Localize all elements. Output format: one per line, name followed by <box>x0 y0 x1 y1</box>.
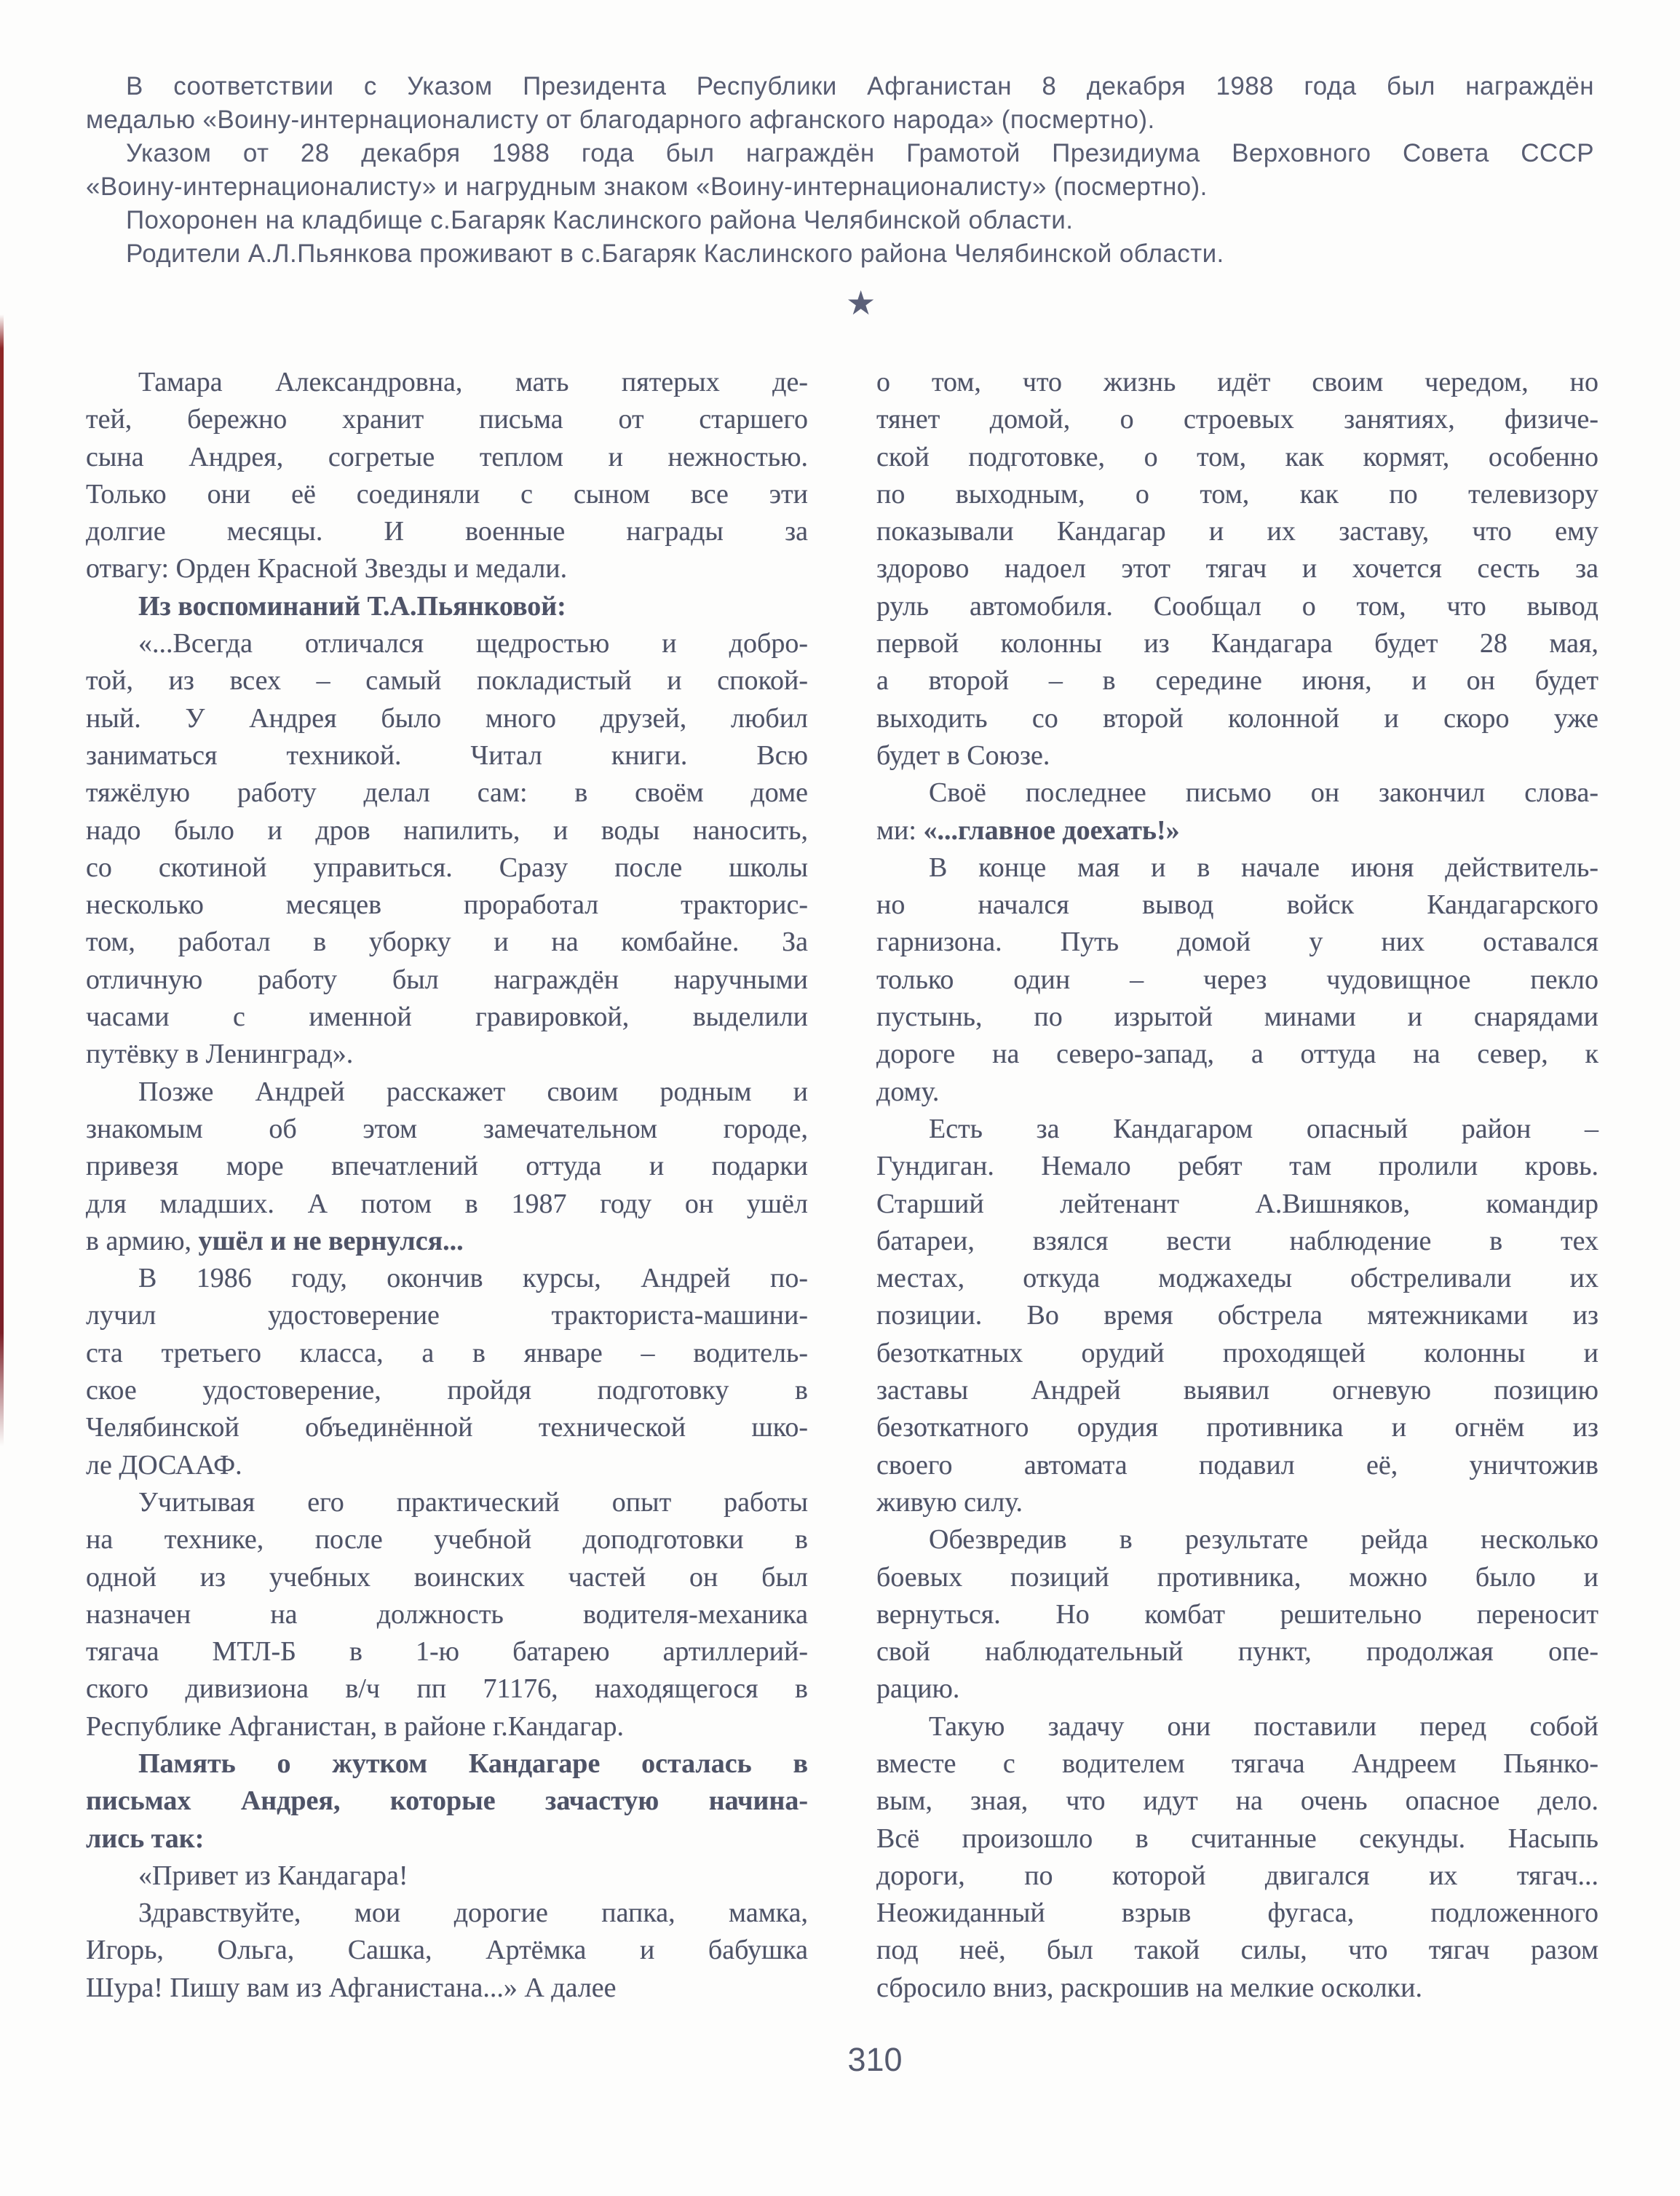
text: часами с именной гравировкой, выделили <box>86 1002 808 1032</box>
text-line: выходить со второй колонной и скоро уже <box>876 700 1598 737</box>
text-line: заниматься техникой. Читал книги. Всю <box>86 737 808 774</box>
text-line: «Привет из Кандагара! <box>86 1858 808 1895</box>
text-line: В соответствии с Указом Президента Респу… <box>86 70 1594 103</box>
text: Такую задачу они поставили перед собой <box>929 1711 1598 1742</box>
page-number: 310 <box>802 2041 948 2079</box>
scan-artifact-red-line <box>0 314 4 1446</box>
text: путёвку в Ленинград». <box>86 1039 353 1069</box>
text: местах, откуда моджахеды обстреливали их <box>876 1263 1598 1293</box>
text: своего автомата подавил её, уничтожив <box>876 1450 1598 1480</box>
text: свой наблюдательный пункт, продолжая опе… <box>876 1636 1598 1667</box>
text: но начался вывод войск Кандагарского <box>876 889 1598 920</box>
text: Учитывая его практический опыт работы <box>138 1487 808 1518</box>
text: Игорь, Ольга, Сашка, Артёмка и бабушка <box>86 1935 808 1965</box>
text-line: о том, что жизнь идёт своим чередом, но <box>876 364 1598 401</box>
bold-text: лись так: <box>86 1823 204 1854</box>
text-line: Своё последнее письмо он закончил слова- <box>876 774 1598 812</box>
text: Шура! Пишу вам из Афганистана...» А дале… <box>86 1973 617 2003</box>
text-line: Из воспоминаний Т.А.Пьянковой: <box>86 588 808 625</box>
header-block: В соответствии с Указом Президента Респу… <box>86 70 1594 271</box>
text: показывали Кандагар и их заставу, что ем… <box>876 516 1598 547</box>
text: «Воину-интернационалисту» и нагрудным зн… <box>86 173 1208 201</box>
text-line: письмах Андрея, которые зачастую начина- <box>86 1783 808 1820</box>
text-line: боевых позиций противника, можно было и <box>876 1559 1598 1596</box>
text-line: Челябинской объединённой технической шко… <box>86 1409 808 1446</box>
text: Указом от 28 декабря 1988 года был награ… <box>126 139 1594 167</box>
text: тянет домой, о строевых занятиях, физиче… <box>876 404 1598 435</box>
text: Только они её соединяли с сыном все эти <box>86 479 808 510</box>
text-line: под неё, был такой силы, что тягач разом <box>876 1932 1598 1969</box>
text: в армию, <box>86 1226 199 1256</box>
text-line: Родители А.Л.Пьянкова проживают в с.Бага… <box>86 237 1594 271</box>
text: отличную работу был награждён наручными <box>86 964 808 995</box>
text: ское удостоверение, пройдя подготовку в <box>86 1375 808 1406</box>
scanned-page: В соответствии с Указом Президента Респу… <box>0 0 1680 2196</box>
text: Тамара Александровна, мать пятерых де- <box>138 367 808 397</box>
text: здорово надоел этот тягач и хочется сест… <box>876 553 1598 584</box>
text-line: ле ДОСААФ. <box>86 1447 808 1484</box>
text: В конце мая и в начале июня действитель- <box>929 852 1598 883</box>
text-line: «...Всегда отличался щедростью и добро- <box>86 625 808 662</box>
text-line: Старший лейтенант А.Вишняков, командир <box>876 1186 1598 1223</box>
text: пустынь, по изрытой минами и снарядами <box>876 1002 1598 1032</box>
text-line: гарнизона. Путь домой у них оставался <box>876 924 1598 961</box>
text-line: будет в Союзе. <box>876 737 1598 774</box>
text-line: дому. <box>876 1074 1598 1111</box>
right-column: о том, что жизнь идёт своим чередом, нот… <box>876 364 1598 2007</box>
text-line: лись так: <box>86 1820 808 1858</box>
text: дому. <box>876 1077 939 1107</box>
text-line: батареи, взялся вести наблюдение в тех <box>876 1223 1598 1260</box>
text-line: ми: «...главное доехать!» <box>876 812 1598 849</box>
text-line: для младших. А потом в 1987 году он ушёл <box>86 1186 808 1223</box>
text: под неё, был такой силы, что тягач разом <box>876 1935 1598 1965</box>
text: только один – через чудовищное пекло <box>876 964 1598 995</box>
text: Гундиган. Немало ребят там пролили кровь… <box>876 1151 1598 1181</box>
text-line: первой колонны из Кандагара будет 28 мая… <box>876 625 1598 662</box>
text: тягача МТЛ-Б в 1-ю батарею артиллерий- <box>86 1636 808 1667</box>
text-line: медалью «Воину-интернационалисту от благ… <box>86 103 1594 137</box>
text-line: часами с именной гравировкой, выделили <box>86 999 808 1036</box>
text-line: а второй – в середине июня, и он будет <box>876 662 1598 699</box>
text-line: но начался вывод войск Кандагарского <box>876 887 1598 924</box>
text: безоткатного орудия противника и огнём и… <box>876 1412 1598 1443</box>
text: Старший лейтенант А.Вишняков, командир <box>876 1189 1598 1219</box>
text-line: Память о жутком Кандагаре осталась в <box>86 1745 808 1783</box>
text: о том, что жизнь идёт своим чередом, но <box>876 367 1598 397</box>
text-line: Похоронен на кладбище с.Багаряк Каслинск… <box>86 204 1594 237</box>
text-line: Всё произошло в считанные секунды. Насып… <box>876 1820 1598 1858</box>
text-line: той, из всех – самый покладистый и споко… <box>86 662 808 699</box>
text: Похоронен на кладбище с.Багаряк Каслинск… <box>126 206 1073 234</box>
text-line: только один – через чудовищное пекло <box>876 962 1598 999</box>
text: Обезвредив в результате рейда несколько <box>929 1524 1598 1555</box>
text-line: Шура! Пишу вам из Афганистана...» А дале… <box>86 1970 808 2007</box>
text: сбросило вниз, раскрошив на мелкие оскол… <box>876 1973 1422 2003</box>
text-line: Здравствуйте, мои дорогие папка, мамка, <box>86 1895 808 1932</box>
text: тей, бережно хранит письма от старшего <box>86 404 808 435</box>
text: по выходным, о том, как по телевизору <box>876 479 1598 510</box>
text: заниматься техникой. Читал книги. Всю <box>86 740 808 771</box>
text-line: ста третьего класса, а в январе – водите… <box>86 1335 808 1372</box>
text-line: здорово надоел этот тягач и хочется сест… <box>876 550 1598 587</box>
text-line: заставы Андрей выявил огневую позицию <box>876 1372 1598 1409</box>
text: дороге на северо-запад, а оттуда на севе… <box>876 1039 1598 1069</box>
text: безоткатных орудий проходящей колонны и <box>876 1338 1598 1368</box>
text: Республике Афганистан, в районе г.Кандаг… <box>86 1711 624 1742</box>
text: привезя море впечатлений оттуда и подарк… <box>86 1151 808 1181</box>
text: рацию. <box>876 1673 959 1704</box>
text: знакомым об этом замечательном городе, <box>86 1114 808 1144</box>
text-line: привезя море впечатлений оттуда и подарк… <box>86 1148 808 1185</box>
text: одной из учебных воинских частей он был <box>86 1562 808 1593</box>
text: Своё последнее письмо он закончил слова- <box>929 777 1598 808</box>
text-line: тяжёлую работу делал сам: в своём доме <box>86 774 808 812</box>
text-line: том, работал в уборку и на комбайне. За <box>86 924 808 961</box>
text: отвагу: Орден Красной Звезды и медали. <box>86 553 567 584</box>
text-line: рацию. <box>876 1670 1598 1708</box>
text: «Привет из Кандагара! <box>138 1860 408 1891</box>
text: назначен на должность водителя-механика <box>86 1599 808 1630</box>
text-line: Есть за Кандагаром опасный район – <box>876 1111 1598 1148</box>
text-line: назначен на должность водителя-механика <box>86 1596 808 1633</box>
text: а второй – в середине июня, и он будет <box>876 665 1598 696</box>
text-line: в армию, ушёл и не вернулся... <box>86 1223 808 1260</box>
text-line: тянет домой, о строевых занятиях, физиче… <box>876 401 1598 438</box>
text-line: вместе с водителем тягача Андреем Пьянко… <box>876 1745 1598 1783</box>
text: гарнизона. Путь домой у них оставался <box>876 927 1598 957</box>
text: долгие месяцы. И военные награды за <box>86 516 808 547</box>
text-line: Учитывая его практический опыт работы <box>86 1484 808 1521</box>
text: В соответствии с Указом Президента Респу… <box>126 72 1594 100</box>
text-line: отвагу: Орден Красной Звезды и медали. <box>86 550 808 587</box>
text: медалью «Воину-интернационалисту от благ… <box>86 106 1155 134</box>
text: В 1986 году, окончив курсы, Андрей по- <box>138 1263 808 1293</box>
text-line: Республике Афганистан, в районе г.Кандаг… <box>86 1708 808 1745</box>
text-line: «Воину-интернационалисту» и нагрудным зн… <box>86 170 1594 204</box>
text-line: ный. У Андрея было много друзей, любил <box>86 700 808 737</box>
text-line: Обезвредив в результате рейда несколько <box>876 1521 1598 1558</box>
text-line: тей, бережно хранит письма от старшего <box>86 401 808 438</box>
text: для младших. А потом в 1987 году он ушёл <box>86 1189 808 1219</box>
text: надо было и дров напилить, и воды наноси… <box>86 815 808 846</box>
text-line: дороги, по которой двигался их тягач... <box>876 1858 1598 1895</box>
text-line: Гундиган. Немало ребят там пролили кровь… <box>876 1148 1598 1185</box>
text-line: пустынь, по изрытой минами и снарядами <box>876 999 1598 1036</box>
bold-text: «...главное доехать!» <box>923 815 1179 846</box>
star-separator-icon: ★ <box>846 284 876 322</box>
text: на технике, после учебной доподготовки в <box>86 1524 808 1555</box>
text-line: Неожиданный взрыв фугаса, подложенного <box>876 1895 1598 1932</box>
text: «...Всегда отличался щедростью и добро- <box>138 628 808 659</box>
bold-text: Память о жутком Кандагаре осталась в <box>138 1748 808 1779</box>
text: Челябинской объединённой технической шко… <box>86 1412 808 1443</box>
text: Есть за Кандагаром опасный район – <box>929 1114 1598 1144</box>
text-line: со скотиной управиться. Сразу после школ… <box>86 849 808 887</box>
text-line: ского дивизиона в/ч пп 71176, находящего… <box>86 1670 808 1708</box>
text: той, из всех – самый покладистый и споко… <box>86 665 808 696</box>
text: заставы Андрей выявил огневую позицию <box>876 1375 1598 1406</box>
bold-text: письмах Андрея, которые зачастую начина- <box>86 1785 808 1816</box>
text: том, работал в уборку и на комбайне. За <box>86 927 808 957</box>
text: боевых позиций противника, можно было и <box>876 1562 1598 1593</box>
text: со скотиной управиться. Сразу после школ… <box>86 852 808 883</box>
text: ле ДОСААФ. <box>86 1450 242 1480</box>
text-line: Указом от 28 декабря 1988 года был награ… <box>86 137 1594 170</box>
text-line: своего автомата подавил её, уничтожив <box>876 1447 1598 1484</box>
text-line: ской подготовке, о том, как кормят, особ… <box>876 439 1598 476</box>
text: вым, зная, что идут на очень опасное дел… <box>876 1785 1598 1816</box>
text-line: отличную работу был награждён наручными <box>86 962 808 999</box>
text: ского дивизиона в/ч пп 71176, находящего… <box>86 1673 808 1704</box>
text: живую силу. <box>876 1487 1023 1518</box>
text: лучил удостоверение тракториста-машини- <box>86 1300 808 1331</box>
text: сына Андрея, согретые теплом и нежностью… <box>86 442 808 472</box>
text-line: позиции. Во время обстрела мятежниками и… <box>876 1297 1598 1334</box>
bold-text: ушёл и не вернулся... <box>199 1226 464 1256</box>
text: дороги, по которой двигался их тягач... <box>876 1860 1598 1891</box>
text-line: несколько месяцев проработал тракторис- <box>86 887 808 924</box>
text-line: дороге на северо-запад, а оттуда на севе… <box>876 1036 1598 1073</box>
text-line: В 1986 году, окончив курсы, Андрей по- <box>86 1260 808 1297</box>
text-line: безоткатного орудия противника и огнём и… <box>876 1409 1598 1446</box>
text-line: сына Андрея, согретые теплом и нежностью… <box>86 439 808 476</box>
text: вернуться. Но комбат решительно переноси… <box>876 1599 1598 1630</box>
text-line: Игорь, Ольга, Сашка, Артёмка и бабушка <box>86 1932 808 1969</box>
text-line: Такую задачу они поставили перед собой <box>876 1708 1598 1745</box>
text-line: надо было и дров напилить, и воды наноси… <box>86 812 808 849</box>
left-column: Тамара Александровна, мать пятерых де-те… <box>86 364 808 2007</box>
text: выходить со второй колонной и скоро уже <box>876 703 1598 734</box>
text-line: В конце мая и в начале июня действитель- <box>876 849 1598 887</box>
text-line: Только они её соединяли с сыном все эти <box>86 476 808 513</box>
text-line: на технике, после учебной доподготовки в <box>86 1521 808 1558</box>
text: несколько месяцев проработал тракторис- <box>86 889 808 920</box>
text-line: Позже Андрей расскажет своим родным и <box>86 1074 808 1111</box>
text: первой колонны из Кандагара будет 28 мая… <box>876 628 1598 659</box>
text-line: показывали Кандагар и их заставу, что ем… <box>876 513 1598 550</box>
text-line: руль автомобиля. Сообщал о том, что выво… <box>876 588 1598 625</box>
text: позиции. Во время обстрела мятежниками и… <box>876 1300 1598 1331</box>
text: Всё произошло в считанные секунды. Насып… <box>876 1823 1598 1854</box>
text-line: знакомым об этом замечательном городе, <box>86 1111 808 1148</box>
text-line: сбросило вниз, раскрошив на мелкие оскол… <box>876 1970 1598 2007</box>
text-line: местах, откуда моджахеды обстреливали их <box>876 1260 1598 1297</box>
text: Позже Андрей расскажет своим родным и <box>138 1077 808 1107</box>
text-line: вым, зная, что идут на очень опасное дел… <box>876 1783 1598 1820</box>
text-line: по выходным, о том, как по телевизору <box>876 476 1598 513</box>
text: ми: <box>876 815 923 846</box>
text-line: одной из учебных воинских частей он был <box>86 1559 808 1596</box>
text: вместе с водителем тягача Андреем Пьянко… <box>876 1748 1598 1779</box>
text: ста третьего класса, а в январе – водите… <box>86 1338 808 1368</box>
bold-text: Из воспоминаний Т.А.Пьянковой: <box>138 591 566 622</box>
text-line: долгие месяцы. И военные награды за <box>86 513 808 550</box>
text-line: ское удостоверение, пройдя подготовку в <box>86 1372 808 1409</box>
text: руль автомобиля. Сообщал о том, что выво… <box>876 591 1598 622</box>
text-line: вернуться. Но комбат решительно переноси… <box>876 1596 1598 1633</box>
text-line: безоткатных орудий проходящей колонны и <box>876 1335 1598 1372</box>
text-line: свой наблюдательный пункт, продолжая опе… <box>876 1633 1598 1670</box>
text: будет в Союзе. <box>876 740 1050 771</box>
text-line: путёвку в Ленинград». <box>86 1036 808 1073</box>
text: Здравствуйте, мои дорогие папка, мамка, <box>138 1898 808 1928</box>
text: Неожиданный взрыв фугаса, подложенного <box>876 1898 1598 1928</box>
text-line: живую силу. <box>876 1484 1598 1521</box>
text: тяжёлую работу делал сам: в своём доме <box>86 777 808 808</box>
text-line: Тамара Александровна, мать пятерых де- <box>86 364 808 401</box>
text: Родители А.Л.Пьянкова проживают в с.Бага… <box>126 239 1224 268</box>
text: ный. У Андрея было много друзей, любил <box>86 703 808 734</box>
text: батареи, взялся вести наблюдение в тех <box>876 1226 1598 1256</box>
text-line: лучил удостоверение тракториста-машини- <box>86 1297 808 1334</box>
text: ской подготовке, о том, как кормят, особ… <box>876 442 1598 472</box>
text-line: тягача МТЛ-Б в 1-ю батарею артиллерий- <box>86 1633 808 1670</box>
